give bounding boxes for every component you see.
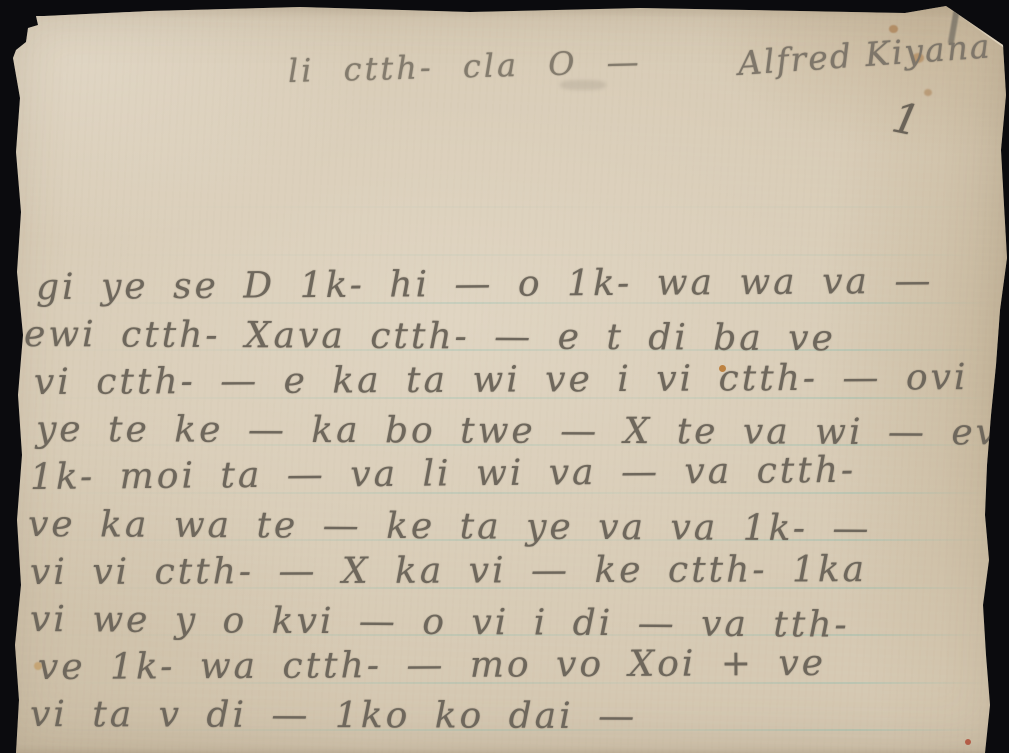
page-number: 1: [888, 93, 924, 146]
manuscript-line: 1k- moi ta — va li wi va — va ctth-: [30, 449, 856, 500]
stain: [924, 89, 932, 96]
stain: [965, 739, 971, 745]
ruled-line: [24, 254, 989, 256]
manuscript-line: vi we y o kvi — o vi i di — va tth-: [30, 598, 850, 648]
manuscript-line: ye te ke — ka bo twe — X te va wi — eve: [36, 408, 1009, 455]
author-signature: Alfred Kiyana: [737, 26, 993, 83]
manuscript-page: li ctth- cla O — Alfred Kiyana 1 gi ye s…: [0, 0, 1009, 753]
manuscript-line: ewi ctth- Xava ctth- — e t di ba ve: [24, 313, 836, 361]
manuscript-line: gi ye se D 1k- hi — o 1k- wa wa va —: [36, 260, 934, 310]
syllabary-title: li ctth- cla O —: [288, 43, 643, 90]
manuscript-line: vi ta v di — 1ko ko dai —: [30, 693, 637, 739]
photo-background: li ctth- cla O — Alfred Kiyana 1 gi ye s…: [0, 0, 1009, 753]
manuscript-line: vi ctth- — e ka ta wi ve i vi ctth- — ov…: [34, 356, 969, 405]
manuscript-line: vi vi ctth- — X ka vi — ke ctth- 1ka: [30, 548, 867, 595]
manuscript-line: ve 1k- wa ctth- — mo vo Xoi + ve: [38, 642, 826, 690]
ruled-line: [24, 206, 989, 208]
manuscript-line: ve ka wa te — ke ta ye va va 1k- —: [28, 503, 872, 551]
